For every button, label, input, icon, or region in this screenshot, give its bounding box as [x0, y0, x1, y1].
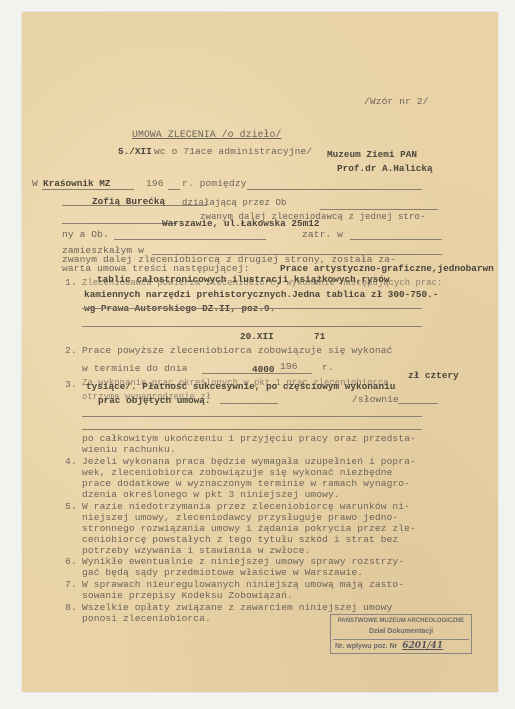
clause-3-typed-words: zł cztery	[408, 370, 459, 381]
clause-1-line-b	[82, 326, 422, 327]
client-representative: Prof.dr A.Halicką	[337, 163, 433, 174]
clause-6-number: 6.	[65, 556, 77, 567]
clause-1-typed-line-3: kamiennych narzędzi prehistorycznych.Jed…	[84, 289, 438, 300]
contractor-name: Zofią Burećką	[92, 196, 165, 207]
document-page: /Wzór nr 2/ UMOWA ZLECENIA /o dzieło/ 5.…	[22, 12, 498, 692]
clause-2-year-suffix: r.	[322, 362, 334, 373]
clause-3-words-label: /słownie	[352, 394, 399, 405]
clause-1-line-a	[82, 308, 422, 309]
between-label: r. pomiędzy	[182, 178, 246, 189]
clause-1-typed-line-1: Prace artystyczno-graficzne,jednobarwn	[280, 263, 494, 274]
clause-3-line-a	[82, 416, 422, 417]
employed-field-line	[350, 239, 442, 240]
clause-4-number: 4.	[65, 456, 77, 467]
place-prefix: W	[32, 178, 38, 189]
address-field-line	[62, 223, 177, 224]
archive-stamp: PAŃSTWOWE MUZEUM ARCHEOLOGICZNE Dział Do…	[330, 614, 472, 654]
acting-label: działającą przez Ob	[182, 198, 287, 209]
contractor-address: Warszawie, ul.Łakowska 25m12	[162, 218, 320, 229]
clause-3-typed-amount: 4000	[252, 364, 275, 375]
typed-date-prefix: 5./XII	[118, 146, 152, 157]
acting-field-line	[320, 209, 438, 210]
between-field-line	[247, 189, 422, 190]
stamp-entry-number: 6201/41	[402, 641, 443, 651]
stamp-entry-label: Nr. wpływu poz. Nr	[335, 643, 397, 650]
place-value: Kraśownik MZ	[43, 178, 111, 189]
stamp-institution: PAŃSTWOWE MUZEUM ARCHEOLOGICZNE	[331, 617, 471, 626]
place-field-line	[42, 189, 134, 190]
clause-1-number: 1.	[65, 277, 77, 288]
document-subtitle: wc o 71ace administracyjne/	[154, 146, 312, 157]
document-title: UMOWA ZLECENIA /o dzieło/	[132, 129, 281, 140]
year-field-line	[168, 189, 180, 190]
client-name: Muzeum Ziemi PAN	[327, 149, 417, 160]
year-printed: 196	[146, 178, 164, 189]
form-number: /Wzór nr 2/	[364, 96, 428, 107]
clause-1-typed-line-2: tablic całostronicowych ilustracji książ…	[97, 274, 390, 285]
ob-field-line	[114, 239, 266, 240]
clause-3-number: 3.	[65, 379, 77, 390]
contents-label: warta umowa treści następującej:	[62, 263, 249, 274]
clause-3-typed-line-2: prac objętych umową.	[98, 395, 211, 406]
clause-2-typed-date: 20.XII	[240, 331, 274, 342]
stamp-department: Dział Dokumentacji	[331, 627, 471, 636]
clause-3-amount-line	[220, 403, 278, 404]
clause-2-text: Prace powyższe zleceniobiorca zobowiązuj…	[82, 345, 392, 356]
clause-3-line-b	[82, 429, 422, 430]
clause-5-number: 5.	[65, 501, 77, 512]
clause-2-typed-year: 71	[314, 331, 325, 342]
stamp-entry: Nr. wpływu poz. Nr 6201/41	[335, 642, 443, 651]
clause-7-number: 7.	[65, 579, 77, 590]
clause-8-number: 8.	[65, 602, 77, 613]
stamp-separator	[333, 639, 469, 640]
clause-2-year-printed: 196	[280, 361, 298, 372]
ob-label: ny a Ob.	[62, 229, 109, 240]
clause-2-deadline-label: w terminie do dnia	[82, 363, 187, 374]
clause-3-words-line	[398, 403, 438, 404]
clause-3-typed-line-1: tysiące/. Płatność sukcesywnie, po częśc…	[86, 381, 395, 392]
clause-3-after-1: po całkowitym ukończeniu i przyjęciu pra…	[82, 433, 416, 444]
clause-3-after-2: wieniu rachunku.	[82, 444, 176, 455]
employed-label: zatr. w	[302, 229, 343, 240]
clause-2-number: 2.	[65, 345, 77, 356]
